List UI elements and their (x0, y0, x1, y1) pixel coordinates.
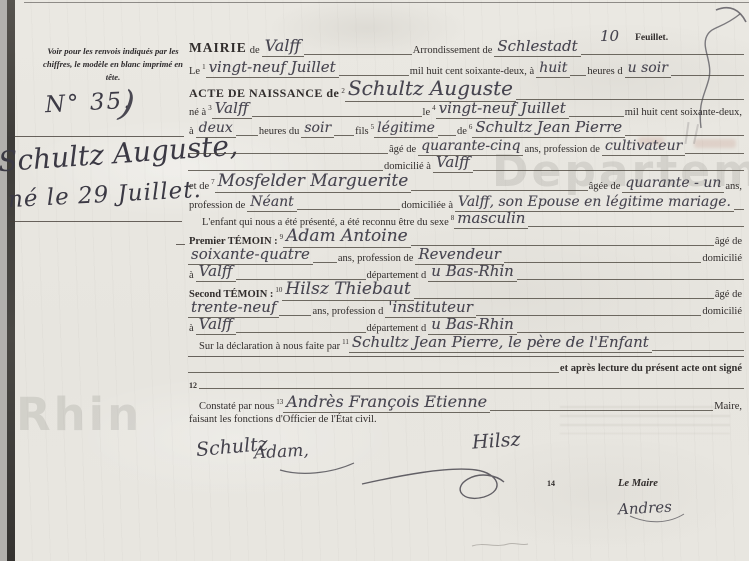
ans-label: ans, (724, 181, 744, 192)
ruled-blank (279, 315, 311, 316)
domicilie-label: domicilié (701, 253, 744, 264)
signature-witness2: Hilsz (471, 428, 521, 453)
heures-label: heures d (586, 66, 624, 77)
departement-value: u Bas-Rhin (428, 262, 517, 282)
ruled-blank (473, 170, 744, 171)
signature-maire-tail (628, 512, 688, 526)
scan-left-edge (0, 0, 7, 561)
mother-age: quarante - un (622, 175, 724, 193)
ruled-blank (438, 135, 456, 136)
mother-name: Mosfelder Marguerite (215, 171, 412, 193)
arrondissement-value: Schlestadt (494, 37, 580, 57)
mairie-label: MAIRIE (188, 40, 249, 56)
declarant-name: Schultz Jean Pierre, le père de l'Enfant (349, 333, 652, 353)
ruled-blank (236, 332, 366, 333)
form-line-declaration: Sur la déclaration à nous faite par 11 S… (188, 336, 744, 354)
book-binding-strip (7, 0, 15, 561)
footnote-14: 14 (546, 479, 557, 488)
ruled-blank (569, 116, 624, 117)
lecture-label: et après lecture du présent acte ont sig… (559, 363, 744, 374)
ruled-blank (734, 209, 744, 210)
ruled-blank (304, 54, 412, 55)
ruled-blank (252, 116, 422, 117)
form-line-officer: Constaté par nous 13 Andrès François Eti… (188, 394, 744, 414)
ruled-blank (188, 372, 559, 373)
age-de-label: âgé de (714, 289, 744, 300)
form-line-mother: et de 7 Mosfelder Marguerite âgée de qua… (188, 174, 744, 194)
de2-label: de (456, 126, 469, 137)
birth-date-value: vingt-neuf Juillet (436, 99, 569, 119)
ruled-blank (517, 279, 744, 280)
le-maire-label: Le Maire (617, 478, 660, 489)
margin-note-line2: chiffres, le modèle en blanc imprimé en … (43, 59, 183, 82)
ruled-blank (297, 209, 401, 210)
le-label: Le (188, 66, 202, 77)
form-line-father: à deux heures du soir fils 5 légitime de… (188, 121, 744, 139)
legitimacy-value: légitime (374, 120, 438, 138)
act-hour-value: huit (536, 60, 570, 78)
a-label: à (188, 323, 196, 334)
ans-profession-label: ans, profession de (337, 253, 416, 264)
fonctions-label: faisant les fonctions d'Officier de l'Ét… (188, 414, 379, 425)
ruled-blank (652, 350, 744, 351)
footnote-ref: 10 (275, 286, 282, 294)
agee-label: âgée de (588, 181, 623, 192)
birthplace-value: Valff (212, 99, 252, 119)
father-domicile: Valff (433, 153, 473, 173)
maire-label: Maire, (713, 401, 744, 412)
form-line-witness1-place: à Valff département d u Bas-Rhin (188, 266, 744, 283)
officer-name: Andrès François Etienne (283, 392, 490, 413)
ruled-blank (625, 135, 744, 136)
constate-label: Constaté par nous (198, 401, 276, 412)
form-line-12: 12 (188, 378, 744, 392)
mairie-de-label: de (249, 45, 262, 56)
ruled-blank (411, 190, 587, 191)
ruled-blank (504, 262, 701, 263)
footnote-ref: 13 (276, 398, 283, 406)
margin-printed-note: Voir pour les renvois indiqués par les c… (37, 45, 189, 84)
ans-profession2-label: ans, profession d (311, 306, 385, 317)
a-label: à (188, 126, 196, 137)
signature-swoosh (278, 460, 358, 476)
scanned-birth-record: Departeme Rhin Voir pour les renvois ind… (0, 0, 749, 561)
margin-dash (176, 244, 185, 245)
ruled-blank (199, 388, 744, 389)
sex-value: masculin (454, 209, 528, 229)
mairie-value: Valff (262, 36, 304, 57)
fils-label: fils (354, 126, 370, 137)
ruled-blank (570, 75, 586, 76)
ruled-blank (490, 410, 713, 411)
le2-label: le (422, 107, 433, 118)
birth-hour-rest: soir (301, 120, 334, 138)
father-profession: cultivateur (602, 138, 685, 156)
pencil-smudge (470, 540, 532, 550)
form-line-sex: L'enfant qui nous a été présenté, a été … (188, 213, 744, 230)
ruled-blank-line (188, 356, 744, 357)
margin-note-line1: Voir pour les renvois indiqués par les (47, 46, 178, 56)
domicilie-label: domicilié (701, 306, 744, 317)
footnote-12: 12 (188, 381, 199, 390)
ruled-blank (313, 262, 337, 263)
father-name: Schultz Jean Pierre (472, 118, 625, 138)
page-top-rule (24, 2, 749, 3)
a-label: à (188, 270, 196, 281)
profession2-label: profession de (188, 200, 247, 211)
domiciliee-label: domiciliée à (400, 200, 455, 211)
ruled-blank (581, 54, 744, 55)
ne-a-label: né à (188, 107, 208, 118)
ruled-blank (236, 135, 258, 136)
birth-year-label: mil huit cent soixante-deux, (624, 107, 744, 118)
ruled-blank (685, 153, 744, 154)
departement-value: u Bas-Rhin (428, 315, 517, 335)
ruled-blank (528, 226, 744, 227)
witness2-place: Valff (196, 315, 236, 335)
age-de-label: âgé de (714, 236, 744, 247)
form-line-fonctions: faisant les fonctions d'Officier de l'Ét… (188, 413, 744, 427)
profession-label: ans, profession de (523, 144, 602, 155)
birth-hour-value: deux (196, 120, 236, 138)
ruled-blank (334, 135, 354, 136)
watermark-rhin: Rhin (16, 388, 142, 441)
ruled-blank (671, 75, 744, 76)
footnote-ref: 11 (342, 338, 349, 346)
signature-flourish-loop (358, 460, 510, 506)
et-de-label: et de (188, 181, 211, 192)
heures-du-label: heures du (258, 126, 302, 137)
declaration-label: Sur la déclaration à nous faite par (198, 341, 342, 352)
act-hour-rest: u soir (625, 60, 671, 78)
age-label: âgé de (388, 144, 418, 155)
witness1-place: Valff (196, 262, 236, 282)
form-line-birthplace: né à 3 Valff le 4 vingt-neuf Juillet mil… (188, 103, 744, 120)
act-date-value: vingt-neuf Juillet (206, 58, 339, 78)
form-line-lecture: et après lecture du présent acte ont sig… (188, 362, 744, 376)
margin-rule (10, 221, 182, 222)
form-line-mairie: MAIRIE de Valff Arrondissement de Schles… (188, 38, 744, 58)
arrondissement-label: Arrondissement de (412, 45, 495, 56)
ruled-blank (188, 153, 388, 154)
mother-profession: Néant (247, 194, 297, 212)
